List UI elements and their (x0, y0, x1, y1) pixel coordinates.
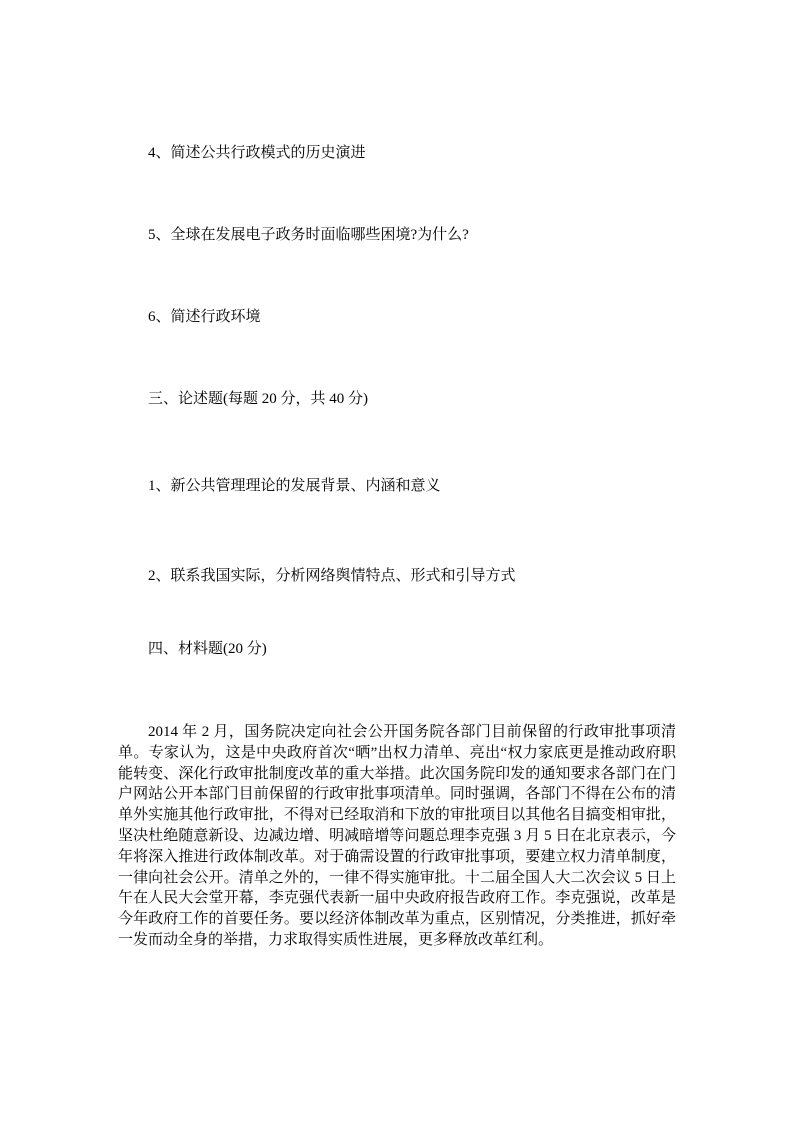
section-heading-material: 四、材料题(20 分) (118, 639, 676, 660)
document-page: 4、简述公共行政模式的历史演进 5、全球在发展电子政务时面临哪些困境?为什么? … (0, 0, 794, 1123)
short-answer-question-6: 6、简述行政环境 (118, 307, 676, 328)
essay-question-2: 2、联系我国实际，分析网络舆情特点、形式和引导方式 (118, 566, 676, 587)
short-answer-question-5: 5、全球在发展电子政务时面临哪些困境?为什么? (118, 225, 676, 246)
section-heading-essay: 三、论述题(每题 20 分，共 40 分) (118, 389, 676, 410)
essay-question-1: 1、新公共管理理论的发展背景、内涵和意义 (118, 476, 676, 497)
short-answer-question-4: 4、简述公共行政模式的历史演进 (118, 143, 676, 164)
material-paragraph: 2014 年 2 月，国务院决定向社会公开国务院各部门目前保留的行政审批事项清单… (118, 722, 676, 951)
